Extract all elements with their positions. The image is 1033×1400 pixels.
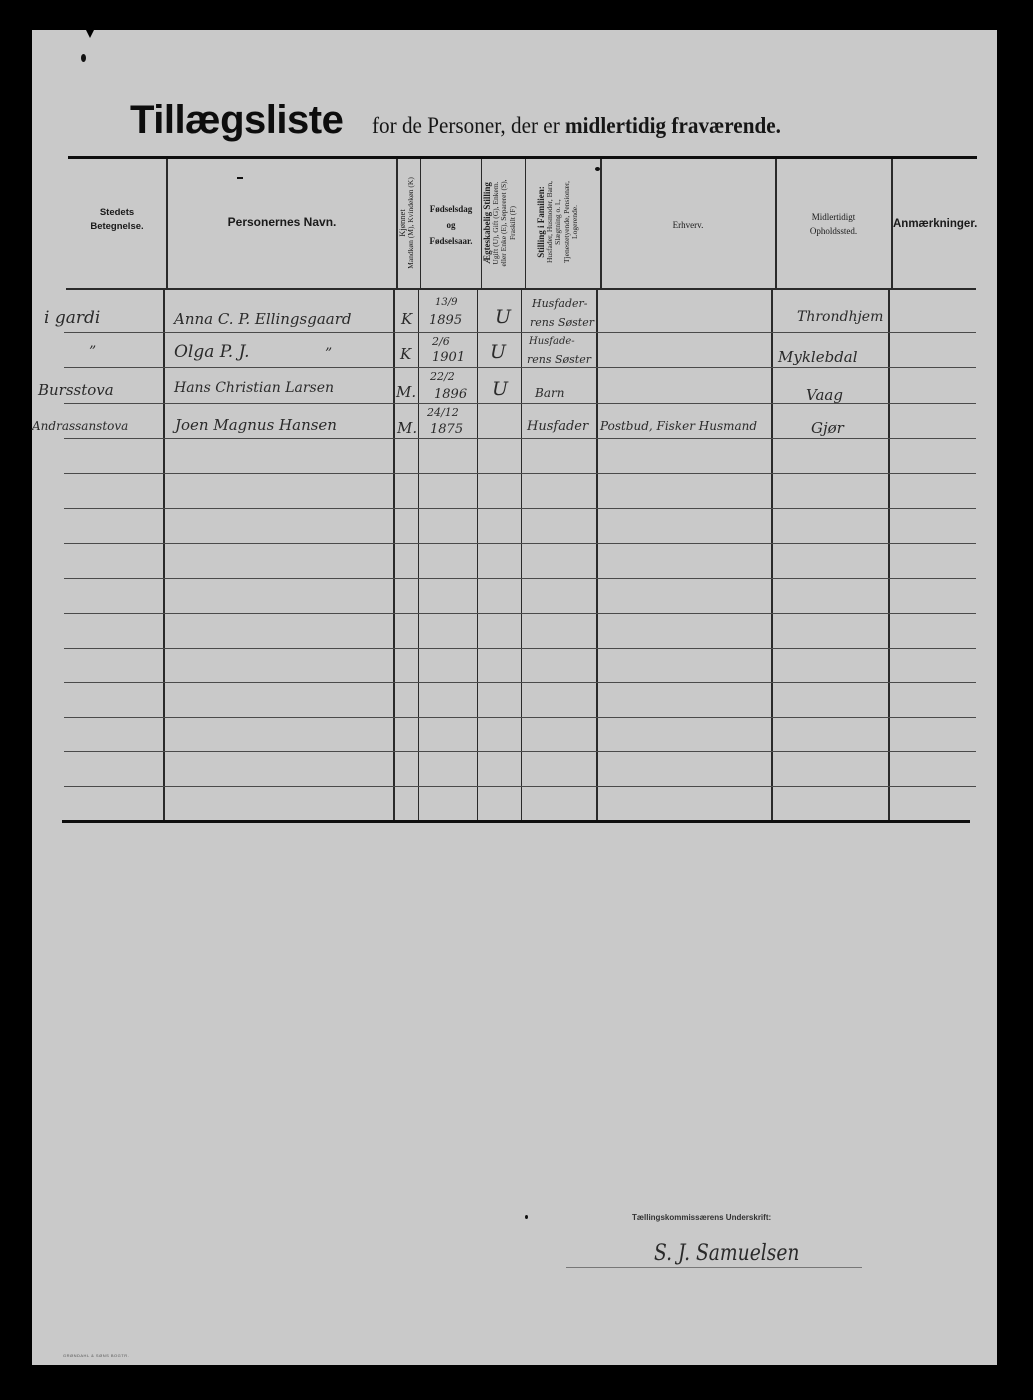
cell-fodselsaar: 1901 <box>432 351 465 364</box>
header-dash-mark <box>237 177 243 179</box>
cell-familie: Barn <box>535 387 564 399</box>
ink-blot <box>595 167 600 171</box>
cell-fodselsdag: 2/6 <box>432 336 450 347</box>
cell-kjon: M. <box>397 421 417 436</box>
header-label: Personernes Navn. <box>228 215 337 229</box>
cell-opholdssted: Gjør <box>811 421 844 436</box>
row-rule <box>64 786 976 787</box>
header-stedets-betegnelse: Stedets Betegnelse. <box>68 200 166 240</box>
header-label: Erhverv. <box>673 220 704 230</box>
header-label: Anmærkninger. <box>893 218 977 230</box>
header-personernes-navn: Personernes Navn. <box>168 210 396 234</box>
cell-familie: Husfader <box>527 420 588 433</box>
header-anmaerkninger: Anmærkninger. <box>891 212 983 236</box>
cell-kjon: K <box>401 312 412 327</box>
cell-fodselsaar: 1875 <box>430 423 463 436</box>
header-label: Opholdssted. <box>810 224 857 238</box>
header-label: Fødselsdag <box>430 201 473 217</box>
col-divider-1-body <box>163 289 165 820</box>
col-divider-5 <box>525 159 526 289</box>
table-bottom-rule <box>62 820 970 823</box>
cell-familie: Husfader- <box>532 298 587 309</box>
cell-navn: Anna C. P. Ellingsgaard <box>174 312 352 327</box>
cell-aegteskab: U <box>492 380 508 399</box>
header-label: Fødselsaar. <box>430 233 473 249</box>
cell-fodselsdag: 13/9 <box>435 298 457 308</box>
page-subtitle: for de Personer, der er midlertidig frav… <box>372 112 781 140</box>
header-label: Betegnelse. <box>90 220 143 234</box>
cell-sted: Bursstova <box>38 383 114 398</box>
cell-fodselsdag: 22/2 <box>430 371 455 382</box>
header-label: Logerende. <box>571 159 580 285</box>
row-rule <box>64 682 976 683</box>
row-rule <box>64 613 976 614</box>
header-label: Stedets <box>100 206 134 220</box>
cell-opholdssted: Throndhjem <box>797 310 883 324</box>
cell-navn-ditto: ” <box>325 347 332 361</box>
cell-kjon: K <box>400 347 411 362</box>
header-top-rule <box>68 156 977 159</box>
header-aegteskabelig-stilling: Ægteskabelig Stilling Ugift (U), Gift (G… <box>483 160 523 286</box>
ink-blot <box>81 54 86 62</box>
header-label: Midlertidigt <box>812 210 856 224</box>
header-label: og <box>447 217 456 233</box>
cell-sted-ditto: ” <box>89 345 96 359</box>
row-rule <box>64 508 976 509</box>
cell-kjon: M. <box>396 385 416 400</box>
row-rule <box>64 648 976 649</box>
cell-opholdssted: Myklebdal <box>778 350 858 365</box>
cell-familie: rens Søster <box>527 354 591 365</box>
cell-navn: Joen Magnus Hansen <box>175 418 337 433</box>
row-rule <box>64 751 976 752</box>
signature-label: Tællingskommissærens Underskrift: <box>632 1213 771 1222</box>
subtitle-bold: midlertidig fraværende. <box>565 113 781 138</box>
col-divider-2-body <box>393 289 395 820</box>
header-label: Fraskilt (F) <box>509 160 518 286</box>
row-rule <box>64 543 976 544</box>
cell-fodselsdag: 24/12 <box>427 407 459 418</box>
header-erhverv: Erhverv. <box>601 215 775 235</box>
ink-speck <box>525 1215 528 1219</box>
col-divider-3-body <box>418 289 419 820</box>
cell-navn: Hans Christian Larsen <box>174 381 334 395</box>
cell-aegteskab: U <box>495 308 511 327</box>
subtitle-normal: for de Personer, der er <box>372 113 560 138</box>
cell-aegteskab: U <box>490 343 506 362</box>
row-rule <box>64 578 976 579</box>
printer-mark: GRØNDAHL & SØNS BOGTR. <box>63 1353 129 1358</box>
header-label: Mandkøn (M), Kvindekøn (K) <box>407 160 416 286</box>
header-stilling-i-familien: Stilling i Familien: Husfader, Husmoder,… <box>537 159 589 285</box>
header-opholdssted: Midlertidigt Opholdssted. <box>776 206 891 242</box>
signature-value: S. J. Samuelsen <box>654 1243 799 1265</box>
col-divider-8-body <box>888 289 890 820</box>
cell-erhverv: Postbud, Fisker Husmand <box>600 420 757 432</box>
col-divider-5-body <box>521 289 522 820</box>
col-divider-7-body <box>771 289 773 820</box>
cell-familie: Husfade- <box>529 337 575 347</box>
page-title: Tillægsliste <box>130 98 343 142</box>
row-rule <box>64 367 976 368</box>
cell-opholdssted: Vaag <box>806 388 843 403</box>
cell-fodselsaar: 1896 <box>434 388 467 401</box>
cell-fodselsaar: 1895 <box>429 314 462 327</box>
header-fodsel: Fødselsdag og Fødselsaar. <box>421 195 481 255</box>
row-rule <box>64 473 976 474</box>
cell-sted: Andrassanstova <box>32 420 128 432</box>
signature-line <box>566 1267 862 1268</box>
cell-sted: i gardi <box>44 310 100 327</box>
row-rule <box>64 438 976 439</box>
col-divider-4-body <box>477 289 478 820</box>
row-rule <box>64 717 976 718</box>
col-divider-6-body <box>596 289 598 820</box>
cell-familie: rens Søster <box>530 317 594 328</box>
cell-navn: Olga P. J. <box>174 344 250 361</box>
page-notch <box>86 30 94 38</box>
row-rule <box>64 332 976 333</box>
header-kjonnet: Kjønnet Mandkøn (M), Kvindekøn (K) <box>398 160 418 286</box>
